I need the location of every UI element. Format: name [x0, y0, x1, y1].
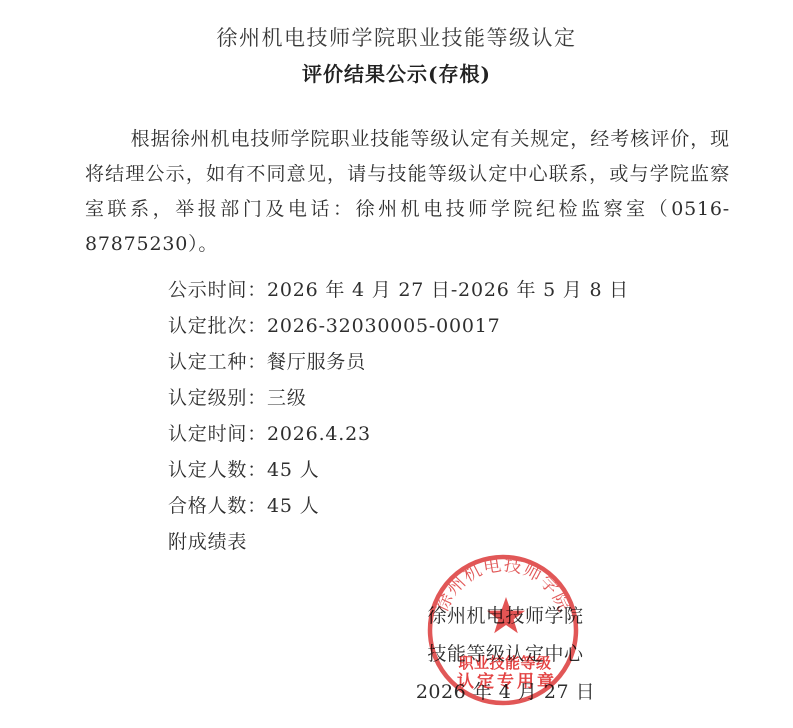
- field-label: 认定人数：: [168, 459, 267, 481]
- field-line-candidates-count: 认定人数：45 人: [85, 452, 730, 488]
- signature-block: 徐州机电技师学院 技能等级认定中心 2026 年 4 月 27 日: [393, 597, 618, 711]
- body-paragraph: 根据徐州机电技师学院职业技能等级认定有关规定，经考核评价，现将结理公示，如有不同…: [85, 122, 730, 262]
- field-line-assessment-date: 认定时间：2026.4.23: [85, 416, 730, 452]
- field-list: 公示时间：2026 年 4 月 27 日-2026 年 5 月 8 日 认定批次…: [85, 272, 730, 560]
- field-label: 认定时间：: [168, 423, 267, 445]
- field-line-occupation: 认定工种：餐厅服务员: [85, 344, 730, 380]
- signature-org-line1: 徐州机电技师学院: [393, 597, 618, 635]
- document-title-line2: 评价结果公示(存根): [0, 58, 793, 87]
- field-value: 2026-32030005-00017: [267, 315, 501, 337]
- document-body: 根据徐州机电技师学院职业技能等级认定有关规定，经考核评价，现将结理公示，如有不同…: [85, 122, 730, 560]
- field-value: 45 人: [267, 459, 319, 481]
- field-line-batch-number: 认定批次：2026-32030005-00017: [85, 308, 730, 344]
- field-label: 认定批次：: [168, 315, 267, 337]
- document-title-line1: 徐州机电技师学院职业技能等级认定: [0, 22, 793, 52]
- field-label: 认定级别：: [168, 387, 267, 409]
- field-label: 公示时间：: [168, 279, 267, 301]
- field-line-publicity-period: 公示时间：2026 年 4 月 27 日-2026 年 5 月 8 日: [85, 272, 730, 308]
- field-line-attachment-note: 附成绩表: [85, 524, 730, 560]
- field-line-passed-count: 合格人数：45 人: [85, 488, 730, 524]
- document-page: 徐州机电技师学院职业技能等级认定 评价结果公示(存根) 根据徐州机电技师学院职业…: [0, 0, 793, 728]
- field-label: 附成绩表: [168, 531, 247, 553]
- signature-date: 2026 年 4 月 27 日: [393, 673, 618, 711]
- field-value: 2026 年 4 月 27 日-2026 年 5 月 8 日: [267, 279, 629, 301]
- field-label: 合格人数：: [168, 495, 267, 517]
- field-value: 餐厅服务员: [267, 351, 366, 373]
- field-value: 45 人: [267, 495, 319, 517]
- field-value: 三级: [267, 387, 307, 409]
- field-value: 2026.4.23: [267, 423, 371, 445]
- field-label: 认定工种：: [168, 351, 267, 373]
- field-line-level: 认定级别：三级: [85, 380, 730, 416]
- signature-org-line2: 技能等级认定中心: [393, 635, 618, 673]
